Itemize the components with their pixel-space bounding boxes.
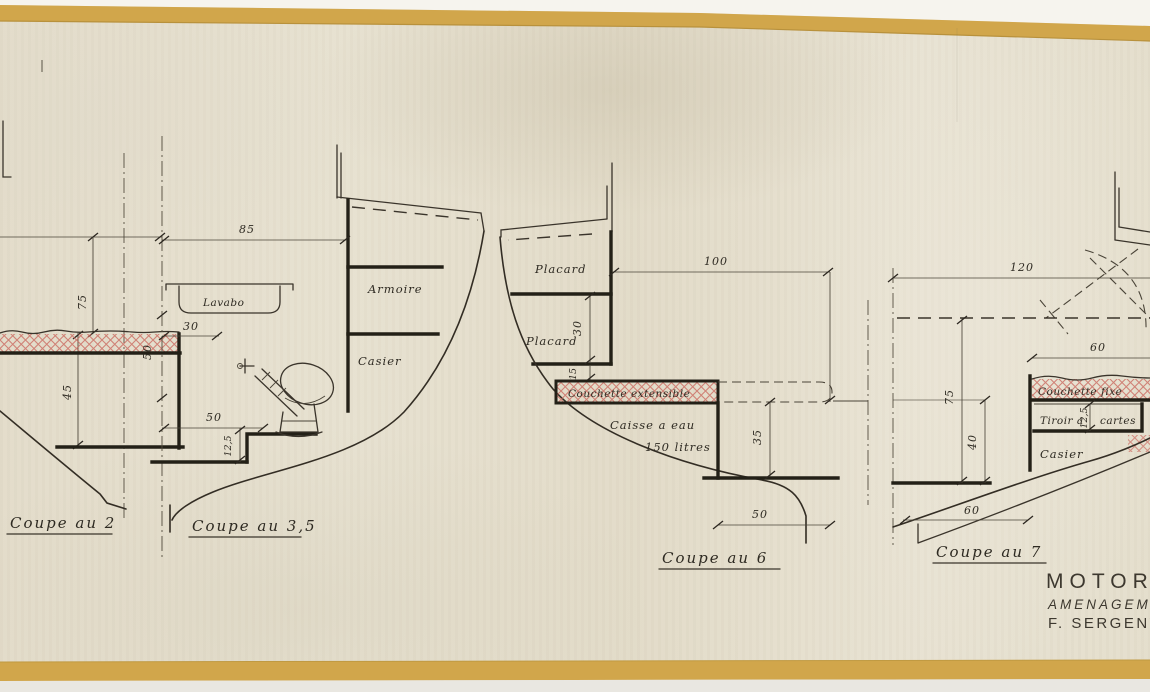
section-title: Coupe au 6 [662, 549, 768, 567]
label-armoire: Armoire [367, 282, 423, 296]
label-lavabo: Lavabo [202, 297, 244, 309]
label-caisse-a-eau: Caisse a eau [610, 418, 695, 432]
lavabo-sink: Lavabo [166, 284, 293, 313]
cabin-corner-line [3, 121, 11, 177]
section-title: Coupe au 7 [936, 543, 1042, 561]
blueprint-sheet: 75 45 Coupe au 2 Armoire Casier 85 [0, 0, 1150, 692]
hull-line [0, 411, 126, 509]
cabin-side [1115, 172, 1119, 240]
dim-label-15: 15 [568, 368, 579, 380]
section-coupe-7: 120 60 Couchette fixe Tiroir a cartes 12… [888, 172, 1150, 563]
title-block-subtitle: AMENAGEME [1047, 597, 1150, 612]
bottom-white-edge [0, 679, 1150, 692]
dim-label-50-vertical: 50 [141, 344, 154, 360]
label-cartes: cartes [1100, 415, 1136, 427]
dim-label-75: 75 [76, 294, 89, 310]
wc-toilet [238, 357, 339, 437]
dim-label-100: 100 [704, 255, 728, 268]
dim-label-12-5: 12,5 [1079, 407, 1090, 428]
label-casier: Casier [1040, 447, 1084, 461]
bottom-tan-band [0, 660, 1150, 681]
label-couchette-extensible: Couchette extensible [568, 388, 690, 400]
dim-label-45: 45 [61, 384, 74, 401]
couchette-extension-dashed [718, 382, 832, 402]
deck-line [1115, 227, 1150, 245]
section-title: Coupe au 2 [10, 514, 116, 532]
dim-label-85: 85 [239, 223, 255, 236]
label-casier: Casier [358, 354, 402, 368]
dim-label-40: 40 [966, 434, 979, 451]
hull-inner-line [918, 452, 1150, 543]
dim-label-75: 75 [943, 389, 956, 405]
dim-label-35: 35 [751, 429, 764, 445]
mattress-top-line [0, 330, 179, 333]
wc-platform [247, 434, 316, 462]
cabin-side [337, 145, 341, 198]
title-block-author: F. SERGENT [1048, 615, 1150, 632]
section-title: Coupe au 3,5 [192, 517, 317, 535]
cabin-side [607, 163, 612, 232]
deck-line [337, 197, 481, 213]
dim-label-60-bottom: 60 [964, 504, 980, 517]
door-swing-dashed [1040, 249, 1150, 334]
dim-label-50: 50 [752, 508, 768, 521]
dim-label-120: 120 [1010, 261, 1034, 274]
label-placard-lower: Placard [525, 334, 577, 348]
dim-label-30: 30 [183, 320, 199, 333]
deck-dashed-line [508, 234, 592, 240]
label-tiroir: Tiroir a [1040, 415, 1084, 427]
label-placard-upper: Placard [534, 262, 586, 276]
drawing-canvas: 75 45 Coupe au 2 Armoire Casier 85 [0, 0, 1150, 692]
dim-label-30: 30 [571, 320, 584, 336]
label-couchette-fixe: Couchette fixe [1038, 386, 1122, 398]
title-block-name: MOTOR S [1046, 570, 1150, 593]
deck-dashed-line [352, 207, 478, 220]
dim-label-60-top: 60 [1090, 341, 1106, 354]
label-150-litres: 150 litres [645, 440, 711, 454]
section-coupe-6: Placard Placard 100 30 15 Couchette exte… [500, 163, 868, 569]
title-block: MOTOR S AMENAGEME F. SERGENT [1046, 570, 1150, 632]
section-coupe-3-5: Armoire Casier 85 Lavabo 30 50 [141, 136, 484, 560]
dim-label-12-5: 12,5 [223, 435, 234, 456]
dim-label-50: 50 [206, 411, 222, 424]
